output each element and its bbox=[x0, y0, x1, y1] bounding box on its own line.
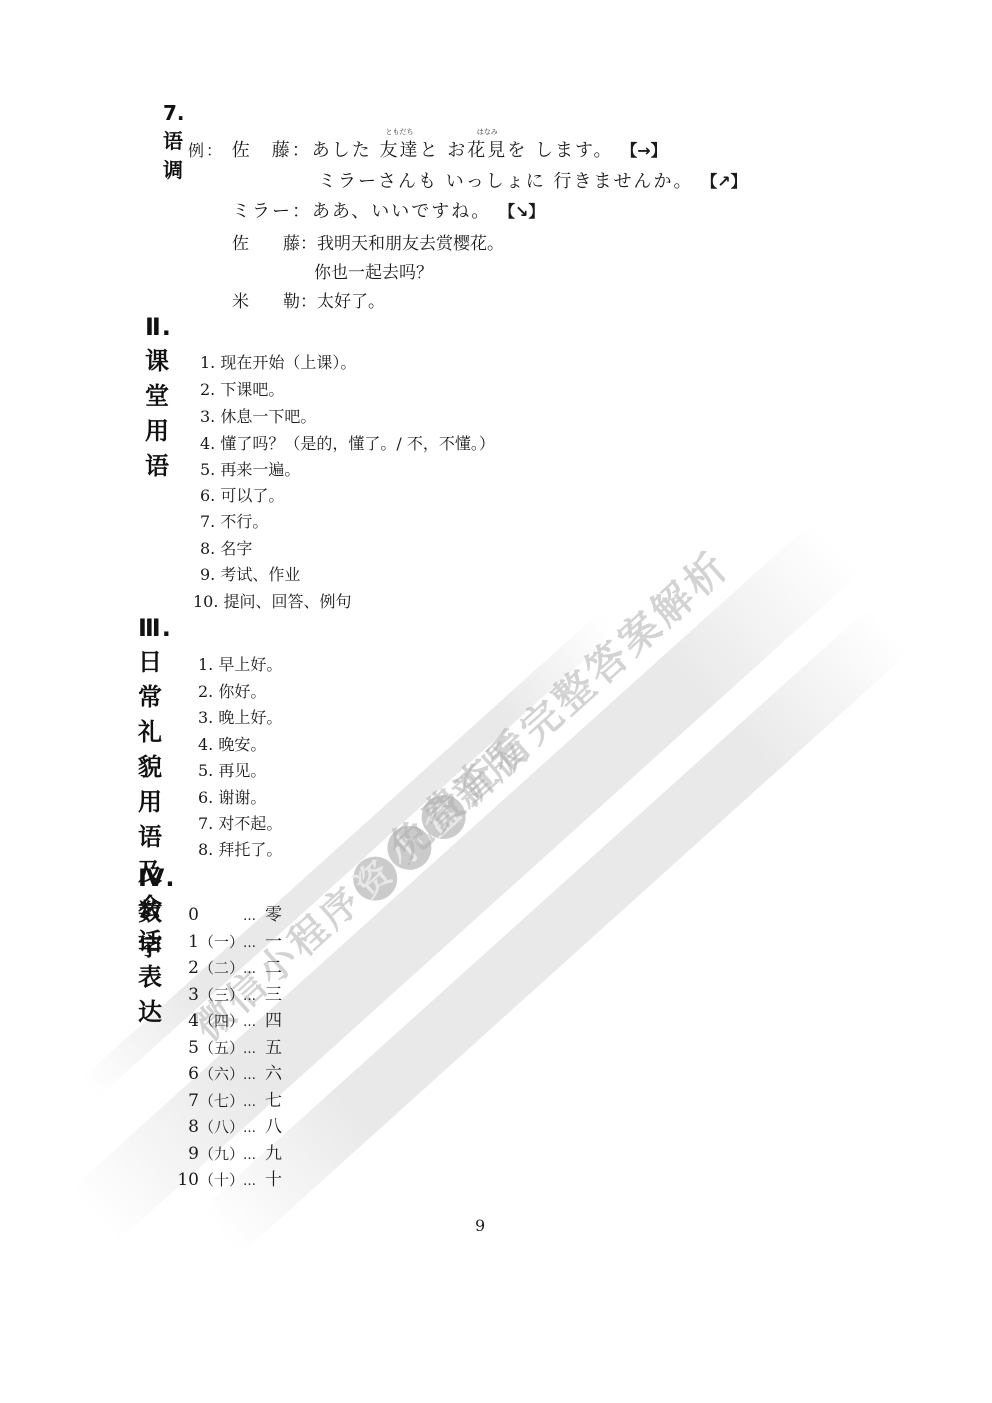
list-item: 8. 拜托了。 bbox=[198, 837, 282, 860]
watermark-band bbox=[200, 608, 909, 1255]
page-number: 9 bbox=[475, 1216, 485, 1235]
list-item: 2. 下课吧。 bbox=[200, 377, 284, 400]
list-item: 10. 提问、回答、例句 bbox=[193, 589, 352, 612]
number-row: 6（六）…六 bbox=[177, 1059, 282, 1084]
list-item: 4. 晚安。 bbox=[198, 732, 266, 755]
number-row: 2（二）…二 bbox=[177, 953, 282, 978]
number-row: 10（十）…十 bbox=[177, 1165, 282, 1190]
number-row: 0…零 bbox=[177, 900, 282, 925]
number-row: 9（九）…九 bbox=[177, 1139, 282, 1164]
list-item: 4. 懂了吗？（是的，懂了。/ 不，不懂。） bbox=[200, 431, 495, 454]
list-item: 3. 晚上好。 bbox=[198, 705, 282, 728]
example-label: 例： bbox=[188, 141, 224, 160]
dialogue-line-jp-2: ミラーさんも いっしょに 行きませんか。 【↗】 bbox=[318, 167, 747, 193]
number-row: 5（五）…五 bbox=[177, 1033, 282, 1058]
speaker-miller: ミラー： bbox=[232, 197, 312, 223]
list-item: 1. 现在开始（上课）。 bbox=[200, 350, 356, 373]
dialogue-line-cn-2: 你也一起去吗？ bbox=[314, 258, 433, 283]
section-2-heading: Ⅱ. 课堂用语 bbox=[145, 313, 172, 481]
speaker-sato-cn: 佐 藤： bbox=[232, 229, 317, 254]
watermark-text-line2: 免费查看完整答案解析 bbox=[375, 536, 740, 873]
watermark-circle: 盒 bbox=[413, 786, 475, 848]
speaker-sato: 佐 藤： bbox=[232, 136, 312, 162]
number-row: 3（三）…三 bbox=[177, 980, 282, 1005]
dialogue-line-cn-3: 米 勒：太好了。 bbox=[232, 287, 385, 312]
section-4-heading: Ⅳ. 数字 bbox=[138, 864, 175, 962]
intonation-rising-icon: 【↗】 bbox=[701, 172, 746, 191]
list-item: 3. 休息一下吧。 bbox=[200, 404, 316, 427]
list-item: 5. 再见。 bbox=[198, 758, 266, 781]
number-row: 7（七）…七 bbox=[177, 1086, 282, 1111]
speaker-miller-cn: 米 勒： bbox=[232, 287, 317, 312]
list-item: 9. 考试、作业 bbox=[200, 562, 300, 585]
intonation-flat-icon: 【→】 bbox=[621, 141, 666, 160]
section-3-heading: Ⅲ. 日常礼貌用语及会话表达 bbox=[138, 614, 172, 1027]
watermark-circle: 资 bbox=[344, 848, 406, 910]
watermark-circle: 小 bbox=[378, 817, 440, 879]
list-item: 5. 再来一遍。 bbox=[200, 457, 300, 480]
section-7-heading: 7. 语调 bbox=[163, 101, 185, 183]
list-item: 6. 谢谢。 bbox=[198, 785, 266, 808]
dialogue-line-jp-1: 例： 佐 藤：あした ともだち友達と おはなみ花見を します。 【→】 bbox=[188, 136, 667, 162]
dialogue-line-cn-1: 佐 藤：我明天和朋友去赏樱花。 bbox=[232, 229, 504, 254]
list-item: 6. 可以了。 bbox=[200, 483, 284, 506]
list-item: 7. 不行。 bbox=[200, 509, 268, 532]
ruby-hanami: はなみ花見 bbox=[467, 136, 507, 162]
number-row: 1（一）…一 bbox=[177, 927, 282, 952]
dialogue-line-jp-3: ミラー：ああ、いいですね。 【↘】 bbox=[232, 197, 544, 223]
list-item: 7. 对不起。 bbox=[198, 811, 282, 834]
ruby-tomodachi: ともだち友達 bbox=[379, 136, 419, 162]
number-row: 8（八）…八 bbox=[177, 1112, 282, 1137]
intonation-falling-icon: 【↘】 bbox=[499, 202, 544, 221]
number-row: 4（四）…四 bbox=[177, 1006, 282, 1031]
list-item: 2. 你好。 bbox=[198, 679, 266, 702]
list-item: 8. 名字 bbox=[200, 536, 252, 559]
document-page: 微信小程序资小盒新版 免费查看完整答案解析 7. 语调 例： 佐 藤：あした と… bbox=[0, 0, 992, 1403]
list-item: 1. 早上好。 bbox=[198, 652, 282, 675]
